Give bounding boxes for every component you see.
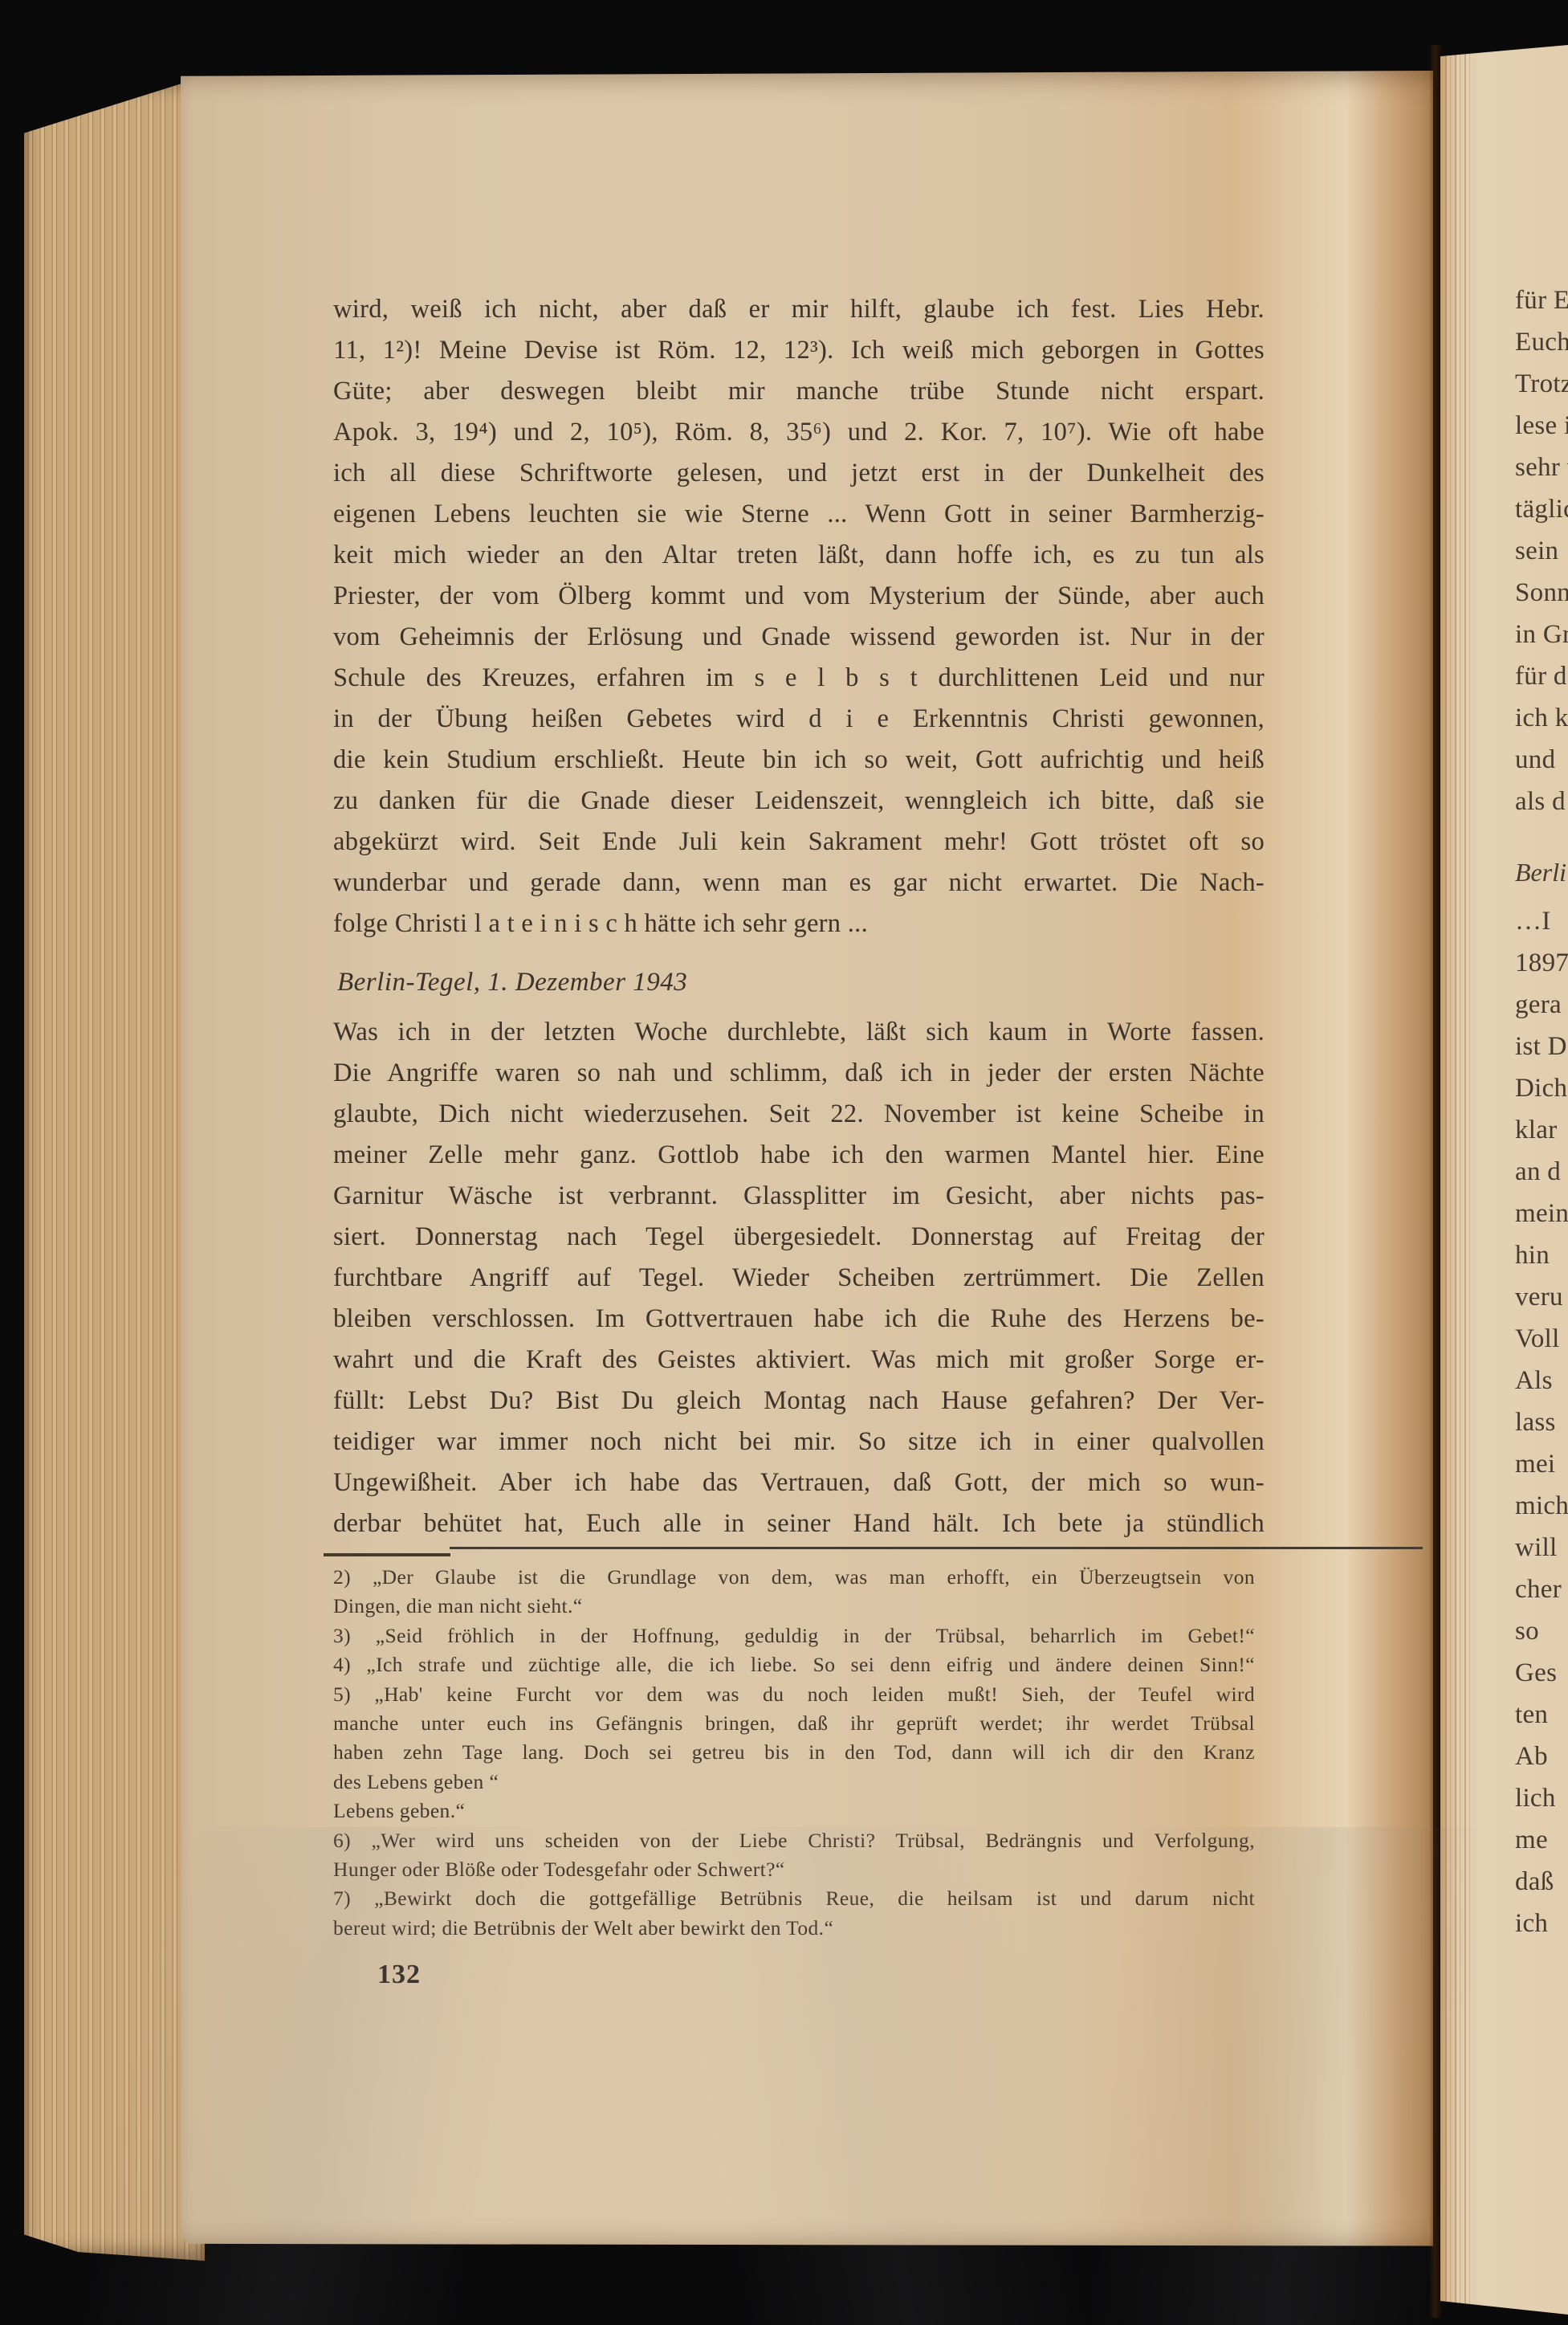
text-line: Garnitur Wäsche ist verbrannt. Glassplit… bbox=[333, 1176, 1265, 1217]
text-line: zu danken für die Gnade dieser Leidensze… bbox=[333, 781, 1265, 822]
letter-paragraph: Was ich in der letzten Woche durchlebte,… bbox=[333, 1012, 1265, 1544]
text-line: Euch bbox=[1515, 321, 1568, 363]
text-line: wahrt und die Kraft des Geistes aktivier… bbox=[333, 1340, 1265, 1381]
text-line: mei bbox=[1515, 1443, 1568, 1485]
right-page-text-fragments: …I1897geraist DDichklaran dmeinhinveruVo… bbox=[1515, 900, 1568, 1944]
text-line: Sonnt bbox=[1515, 572, 1568, 614]
text-line: abgekürzt wird. Seit Ende Juli kein Sakr… bbox=[333, 822, 1265, 863]
text-line: hin bbox=[1515, 1234, 1568, 1276]
text-line: in der Übung heißen Gebetes wird d i e E… bbox=[333, 699, 1265, 740]
text-line: ich all diese Schriftworte gelesen, und … bbox=[333, 453, 1265, 494]
text-line: mich bbox=[1515, 1485, 1568, 1527]
text-line: Priester, der vom Ölberg kommt und vom M… bbox=[333, 576, 1265, 617]
text-line: derbar behütet hat, Euch alle in seiner … bbox=[333, 1503, 1265, 1544]
text-line: Voll bbox=[1515, 1318, 1568, 1360]
text-line: lese i bbox=[1515, 405, 1568, 447]
text-line: die kein Studium erschließt. Heute bin i… bbox=[333, 740, 1265, 781]
text-line: 11, 1²)! Meine Devise ist Röm. 12, 12³).… bbox=[333, 330, 1265, 371]
text-line: teidiger war immer noch nicht bei mir. S… bbox=[333, 1422, 1265, 1462]
page-edges-stack bbox=[24, 76, 205, 2261]
text-line: ten bbox=[1515, 1694, 1568, 1736]
text-line: cher bbox=[1515, 1568, 1568, 1610]
text-line: mein bbox=[1515, 1193, 1568, 1234]
text-line: für d bbox=[1515, 655, 1568, 697]
footnotes-block: 2) „Der Glaube ist die Grundlage von dem… bbox=[333, 1563, 1255, 1943]
text-line: furchtbare Angriff auf Tegel. Wieder Sch… bbox=[333, 1258, 1265, 1299]
text-line: Trotz bbox=[1515, 363, 1568, 405]
text-line: Hunger oder Blöße oder Todesgefahr oder … bbox=[333, 1855, 1255, 1884]
text-line: ist D bbox=[1515, 1026, 1568, 1067]
text-line: bereut wird; die Betrübnis der Welt aber… bbox=[333, 1914, 1255, 1943]
right-page-text-fragments: für EEuchTrotzlese isehr vtäglichseinSon… bbox=[1515, 279, 1568, 822]
text-line: Die Angriffe waren so nah und schlimm, d… bbox=[333, 1053, 1265, 1094]
text-line: 7) „Bewirkt doch die gottgefällige Betrü… bbox=[333, 1884, 1255, 1913]
text-line: manche unter euch ins Gefängnis bringen,… bbox=[333, 1709, 1255, 1738]
text-line: Ungewißheit. Aber ich habe das Vertrauen… bbox=[333, 1462, 1265, 1503]
text-line: Was ich in der letzten Woche durchlebte,… bbox=[333, 1012, 1265, 1053]
text-line: Dich bbox=[1515, 1067, 1568, 1109]
text-line: 5) „Hab' keine Furcht vor dem was du noc… bbox=[333, 1680, 1255, 1709]
text-line: 1897 bbox=[1515, 942, 1568, 984]
text-line: des Lebens geben “ bbox=[333, 1768, 1255, 1797]
text-line: eigenen Lebens leuchten sie wie Sterne .… bbox=[333, 494, 1265, 535]
footnote-separator bbox=[450, 1547, 1423, 1549]
text-line: 4) „Ich strafe und züchtige alle, die ic… bbox=[333, 1650, 1255, 1679]
text-line: Dingen, die man nicht sieht.“ bbox=[333, 1592, 1255, 1621]
text-line: bleiben verschlossen. Im Gottvertrauen h… bbox=[333, 1299, 1265, 1340]
text-line: Schule des Kreuzes, erfahren im s e l b … bbox=[333, 658, 1265, 699]
text-line: in Gr bbox=[1515, 614, 1568, 655]
text-line: wunderbar und gerade dann, wenn man es g… bbox=[333, 863, 1265, 903]
text-line: siert. Donnerstag nach Tegel übergesiede… bbox=[333, 1217, 1265, 1258]
text-line: für E bbox=[1515, 279, 1568, 321]
text-line: meiner Zelle mehr ganz. Gottlob habe ich… bbox=[333, 1135, 1265, 1176]
text-line: täglich bbox=[1515, 488, 1568, 530]
text-line: glaubte, Dich nicht wiederzusehen. Seit … bbox=[333, 1094, 1265, 1135]
text-line: Ab bbox=[1515, 1736, 1568, 1777]
text-line: wird, weiß ich nicht, aber daß er mir hi… bbox=[333, 289, 1265, 330]
text-line: ich k bbox=[1515, 697, 1568, 739]
text-line: an d bbox=[1515, 1151, 1568, 1193]
footnote-separator bbox=[324, 1553, 450, 1556]
text-line: Lebens geben.“ bbox=[333, 1797, 1255, 1825]
book-page-right-partial: für EEuchTrotzlese isehr vtäglichseinSon… bbox=[1440, 45, 1568, 2315]
text-line: folge Christi l a t e i n i s c h hätte … bbox=[333, 903, 1265, 944]
text-line: me bbox=[1515, 1819, 1568, 1861]
text-line: sein bbox=[1515, 530, 1568, 572]
text-line: keit mich wieder an den Altar treten läß… bbox=[333, 535, 1265, 576]
text-line: Als bbox=[1515, 1360, 1568, 1401]
book-page-left: wird, weiß ich nicht, aber daß er mir hi… bbox=[181, 71, 1433, 2250]
text-line: vom Geheimnis der Erlösung und Gnade wis… bbox=[333, 617, 1265, 658]
book-gutter bbox=[1429, 45, 1442, 2318]
text-line: will bbox=[1515, 1527, 1568, 1568]
text-line: und bbox=[1515, 739, 1568, 781]
text-line: Apok. 3, 19⁴) und 2, 10⁵), Röm. 8, 35⁶) … bbox=[333, 412, 1265, 453]
text-line: 3) „Seid fröhlich in der Hoffnung, gedul… bbox=[333, 1621, 1255, 1650]
text-line: klar bbox=[1515, 1109, 1568, 1151]
text-line: ich bbox=[1515, 1903, 1568, 1944]
text-line: haben zehn Tage lang. Doch sei getreu bi… bbox=[333, 1738, 1255, 1767]
text-line: als d bbox=[1515, 781, 1568, 822]
text-line: Ges bbox=[1515, 1652, 1568, 1694]
text-line: 6) „Wer wird uns scheiden von der Liebe … bbox=[333, 1826, 1255, 1855]
text-line: Güte; aber deswegen bleibt mir manche tr… bbox=[333, 371, 1265, 412]
text-line: lass bbox=[1515, 1401, 1568, 1443]
page-number: 132 bbox=[377, 1960, 421, 1990]
text-line: gera bbox=[1515, 984, 1568, 1026]
text-line: füllt: Lebst Du? Bist Du gleich Montag n… bbox=[333, 1381, 1265, 1422]
dateline-heading: Berlin-Tegel, 1. Dezember 1943 bbox=[337, 968, 687, 997]
text-line: so bbox=[1515, 1610, 1568, 1652]
text-line: lich bbox=[1515, 1777, 1568, 1819]
letter-paragraph: wird, weiß ich nicht, aber daß er mir hi… bbox=[333, 289, 1265, 944]
book-photo: wird, weiß ich nicht, aber daß er mir hi… bbox=[0, 0, 1568, 2325]
right-dateline-fragment: Berli bbox=[1515, 858, 1566, 887]
text-line: daß bbox=[1515, 1861, 1568, 1903]
text-line: …I bbox=[1515, 900, 1568, 942]
text-line: veru bbox=[1515, 1276, 1568, 1318]
text-line: 2) „Der Glaube ist die Grundlage von dem… bbox=[333, 1563, 1255, 1592]
text-line: sehr v bbox=[1515, 447, 1568, 488]
